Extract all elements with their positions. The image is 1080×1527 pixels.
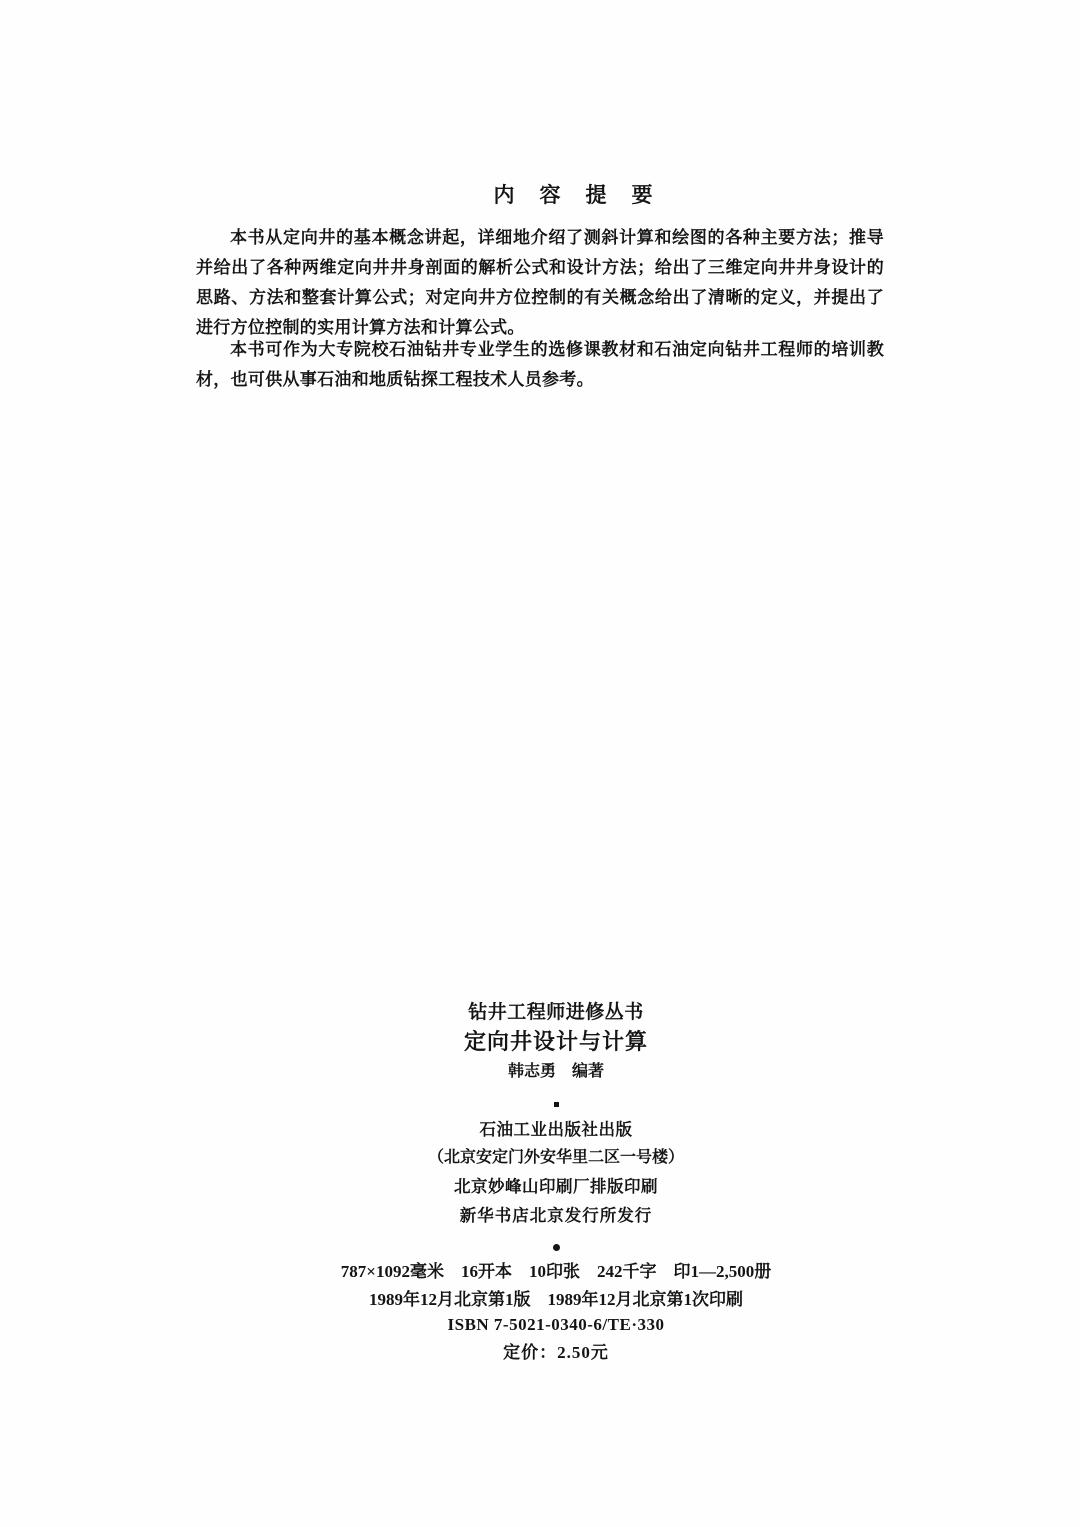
format-specs-line: 787×1092毫米 16开本 10印张 242千字 印1—2,500册 [16,1261,1080,1282]
publisher-address-line: （北京安定门外安华里二区一号楼） [16,1148,1080,1168]
series-title: 钻井工程师进修丛书 [16,1001,1080,1025]
separator-line-top [16,1094,1080,1114]
book-title: 定向井设计与计算 [16,1028,1080,1056]
scanned-book-copyright-page: 内 容 提 要 本书从定向井的基本概念讲起，详细地介绍了测斜计算和绘图的各种主要… [0,0,1080,1527]
distributor-line: 新华书店北京发行所发行 [16,1206,1080,1227]
summary-paragraph-2: 本书可作为大专院校石油钻井专业学生的选修课教材和石油定向钻井工程师的培训教材，也… [196,335,884,395]
author-line: 韩志勇 编著 [16,1062,1080,1082]
edition-printing-line: 1989年12月北京第1版 1989年12月北京第1次印刷 [16,1289,1080,1310]
isbn-line: ISBN 7-5021-0340-6/TE·330 [16,1314,1080,1335]
content-summary-section: 内 容 提 要 本书从定向井的基本概念讲起，详细地介绍了测斜计算和绘图的各种主要… [196,180,884,395]
summary-paragraph-1: 本书从定向井的基本概念讲起，详细地介绍了测斜计算和绘图的各种主要方法；推导并给出… [196,223,884,343]
summary-title: 内 容 提 要 [230,180,918,210]
separator-line-bottom [16,1237,1080,1257]
publisher-line: 石油工业出版社出版 [16,1120,1080,1141]
printer-line: 北京妙峰山印刷厂排版印刷 [16,1177,1080,1198]
round-bullet-icon [553,1244,560,1251]
square-bullet-icon [554,1102,559,1107]
price-line: 定价：2.50元 [16,1342,1080,1363]
